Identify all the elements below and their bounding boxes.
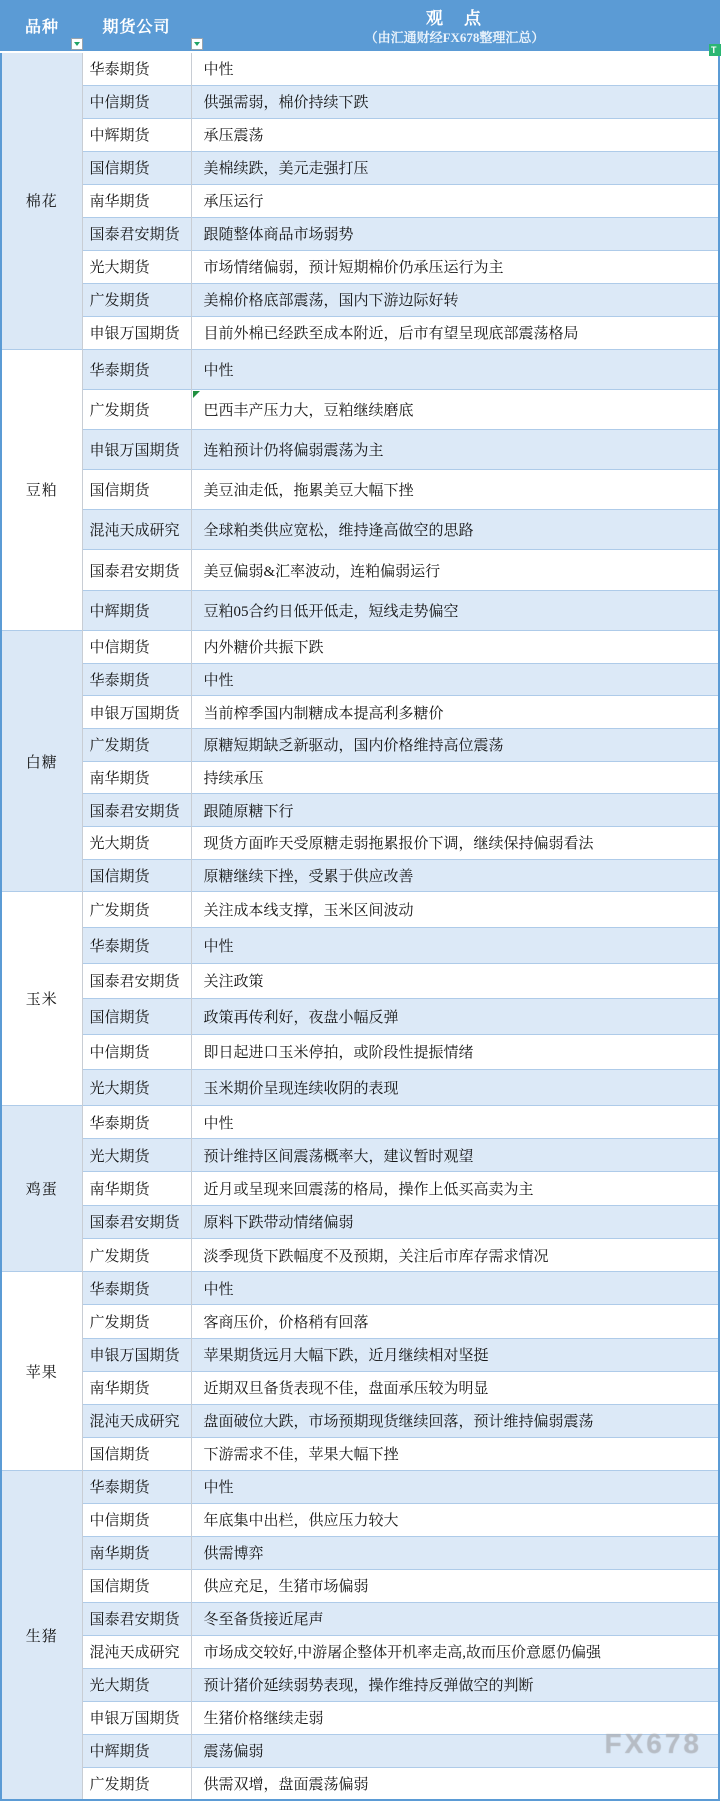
company-cell[interactable]: 中信期货 [82,1034,191,1070]
view-cell[interactable]: 中性 [191,1272,719,1305]
company-cell[interactable]: 南华期货 [82,1172,191,1205]
company-cell[interactable]: 国信期货 [82,1569,191,1602]
company-cell[interactable]: 南华期货 [82,184,191,217]
view-cell[interactable]: 供应充足，生猪市场偏弱 [191,1569,719,1602]
company-cell[interactable]: 华泰期货 [82,927,191,963]
view-cell[interactable]: 客商压价，价格稍有回落 [191,1305,719,1338]
table-row: 白糖中信期货内外糖价共振下跌 [1,630,719,663]
company-cell[interactable]: 华泰期货 [82,663,191,696]
table-row: 广发期货客商压价，价格稍有回落 [1,1305,719,1338]
company-cell[interactable]: 广发期货 [82,1305,191,1338]
view-cell[interactable]: 即日起进口玉米停拍，或阶段性提振情绪 [191,1034,719,1070]
view-cell[interactable]: 冬至备货接近尾声 [191,1602,719,1635]
watermark-fx678: FX678 [605,1728,703,1760]
company-cell[interactable]: 华泰期货 [82,349,191,389]
view-text: 美棉价格底部震荡，国内下游边际好转 [204,293,459,309]
view-cell[interactable]: 供需双增，盘面震荡偏弱 [191,1767,719,1800]
note-marker-icon [193,391,200,398]
view-cell[interactable]: 美豆偏弱&汇率波动，连粕偏弱运行 [191,550,719,590]
header-cell-view[interactable]: 观 点 （由汇通财经FX678整理汇总） [191,0,719,52]
table-row: 中信期货即日起进口玉米停拍，或阶段性提振情绪 [1,1034,719,1070]
company-cell[interactable]: 混沌天成研究 [82,510,191,550]
table-row: 南华期货承压运行 [1,184,719,217]
table-row: 国信期货美棉续跌，美元走强打压 [1,151,719,184]
header-variety-label: 品种 [25,19,59,36]
company-cell[interactable]: 光大期货 [82,250,191,283]
company-cell[interactable]: 申银万国期货 [82,1701,191,1734]
view-cell[interactable]: 淡季现货下跌幅度不及预期，关注后市库存需求情况 [191,1239,719,1272]
table-row: 国泰君安期货冬至备货接近尾声 [1,1602,719,1635]
view-text: 全球粕类供应宽松，维持逢高做空的思路 [204,523,474,539]
company-cell[interactable]: 申银万国期货 [82,696,191,729]
variety-cell[interactable]: 鸡蛋 [1,1105,82,1271]
view-text: 市场情绪偏弱，预计短期棉价仍承压运行为主 [204,260,504,276]
view-text: 预计猪价延续弱势表现，操作维持反弹做空的判断 [204,1678,534,1694]
view-text: 政策再传利好，夜盘小幅反弹 [204,1010,399,1026]
view-text: 中性 [204,939,234,955]
table-row: 国信期货下游需求不佳，苹果大幅下挫 [1,1437,719,1470]
company-cell[interactable]: 中辉期货 [82,590,191,630]
view-cell[interactable]: 原糖短期缺乏新驱动，国内价格维持高位震荡 [191,728,719,761]
view-text: 生猪价格继续走弱 [204,1711,324,1727]
view-cell[interactable]: 巴西丰产压力大，豆粕继续磨底 [191,389,719,429]
view-cell[interactable]: 承压震荡 [191,118,719,151]
company-cell[interactable]: 广发期货 [82,1767,191,1800]
table-row: 广发期货淡季现货下跌幅度不及预期，关注后市库存需求情况 [1,1239,719,1272]
table-row: 国泰君安期货关注政策 [1,963,719,999]
table-row: 广发期货巴西丰产压力大，豆粕继续磨底 [1,389,719,429]
table-row: 豆粕华泰期货中性 [1,349,719,389]
company-cell[interactable]: 华泰期货 [82,52,191,85]
table-row: 光大期货玉米期价呈现连续收阴的表现 [1,1070,719,1106]
company-cell[interactable]: 广发期货 [82,892,191,928]
company-cell[interactable]: 国信期货 [82,151,191,184]
company-cell[interactable]: 国泰君安期货 [82,550,191,590]
company-cell[interactable]: 南华期货 [82,761,191,794]
view-text: 中性 [204,363,234,379]
company-cell[interactable]: 国泰君安期货 [82,1205,191,1238]
company-cell[interactable]: 光大期货 [82,1668,191,1701]
filter-dropdown-icon [194,42,200,46]
company-cell[interactable]: 混沌天成研究 [82,1404,191,1437]
view-text: 中性 [204,673,234,689]
view-text: 原料下跌带动情绪偏弱 [204,1215,354,1231]
company-cell[interactable]: 华泰期货 [82,1470,191,1503]
view-text: 承压震荡 [204,128,264,144]
company-cell[interactable]: 南华期货 [82,1371,191,1404]
view-cell[interactable]: 美棉续跌，美元走强打压 [191,151,719,184]
table-row: 光大期货市场情绪偏弱，预计短期棉价仍承压运行为主 [1,250,719,283]
variety-cell[interactable]: 棉花 [1,52,82,349]
view-cell[interactable]: 全球粕类供应宽松，维持逢高做空的思路 [191,510,719,550]
table-row: 棉花华泰期货中性 [1,52,719,85]
view-text: 盘面破位大跌，市场预期现货继续回落，预计维持偏弱震荡 [204,1414,594,1430]
view-cell[interactable]: 政策再传利好，夜盘小幅反弹 [191,999,719,1035]
view-text: 中性 [204,62,234,78]
variety-cell[interactable]: 生猪 [1,1470,82,1800]
table-row: 鸡蛋华泰期货中性 [1,1105,719,1138]
view-cell[interactable]: 目前外棉已经跌至成本附近，后市有望呈现底部震荡格局 [191,316,719,349]
view-text: 客商压价，价格稍有回落 [204,1315,369,1331]
view-cell[interactable]: 供需博弈 [191,1536,719,1569]
view-cell[interactable]: 预计猪价延续弱势表现，操作维持反弹做空的判断 [191,1668,719,1701]
table-row: 华泰期货中性 [1,663,719,696]
table-row: 混沌天成研究盘面破位大跌，市场预期现货继续回落，预计维持偏弱震荡 [1,1404,719,1437]
view-cell[interactable]: 豆粕05合约日低开低走，短线走势偏空 [191,590,719,630]
view-text: 近月或呈现来回震荡的格局，操作上低买高卖为主 [204,1182,534,1198]
table-row: 申银万国期货当前榨季国内制糖成本提高利多糖价 [1,696,719,729]
filter-button-variety[interactable] [71,38,83,50]
view-cell[interactable]: 美棉价格底部震荡，国内下游边际好转 [191,283,719,316]
view-text: 供应充足，生猪市场偏弱 [204,1579,369,1595]
view-text: 承压运行 [204,194,264,210]
view-cell[interactable]: 关注成本线支撑，玉米区间波动 [191,892,719,928]
variety-cell[interactable]: 白糖 [1,630,82,892]
company-cell[interactable]: 国泰君安期货 [82,1602,191,1635]
view-text: 年底集中出栏，供应压力较大 [204,1513,399,1529]
view-text: 中性 [204,1282,234,1298]
table-row: 南华期货近期双旦备货表现不佳，盘面承压较为明显 [1,1371,719,1404]
view-text: 关注政策 [204,974,264,990]
header-view-label: 观 点 [191,5,718,29]
company-cell[interactable]: 南华期货 [82,1536,191,1569]
view-text: 内外糖价共振下跌 [204,640,324,656]
table-row: 光大期货现货方面昨天受原糖走弱拖累报价下调，继续保持偏弱看法 [1,826,719,859]
view-cell[interactable]: 市场情绪偏弱，预计短期棉价仍承压运行为主 [191,250,719,283]
company-cell[interactable]: 中信期货 [82,1503,191,1536]
company-cell[interactable]: 申银万国期货 [82,1338,191,1371]
company-cell[interactable]: 广发期货 [82,389,191,429]
table-row: 中辉期货承压震荡 [1,118,719,151]
variety-cell[interactable]: 玉米 [1,892,82,1106]
filter-button-company[interactable] [191,38,203,50]
view-cell[interactable]: 跟随原糖下行 [191,794,719,827]
view-text: 即日起进口玉米停拍，或阶段性提振情绪 [204,1045,474,1061]
company-cell[interactable]: 华泰期货 [82,1272,191,1305]
view-text: 原糖继续下挫，受累于供应改善 [204,869,414,885]
filter-badge-view[interactable]: T [709,44,721,56]
table-row: 国信期货供应充足，生猪市场偏弱 [1,1569,719,1602]
view-text: 供需双增，盘面震荡偏弱 [204,1777,369,1793]
table-row: 华泰期货中性 [1,927,719,963]
view-cell[interactable]: 市场成交较好,中游屠企整体开机率走高,故而压价意愿仍偏强 [191,1635,719,1668]
company-cell[interactable]: 广发期货 [82,283,191,316]
view-text: 下游需求不佳，苹果大幅下挫 [204,1447,399,1463]
view-cell[interactable]: 跟随整体商品市场弱势 [191,217,719,250]
view-cell[interactable]: 近期双旦备货表现不佳，盘面承压较为明显 [191,1371,719,1404]
table-row: 国信期货美豆油走低，拖累美豆大幅下挫 [1,470,719,510]
view-text: 供强需弱，棉价持续下跌 [204,95,369,111]
view-text: 预计维持区间震荡概率大，建议暂时观望 [204,1149,474,1165]
view-cell[interactable]: 盘面破位大跌，市场预期现货继续回落，预计维持偏弱震荡 [191,1404,719,1437]
table-row: 申银万国期货目前外棉已经跌至成本附近，后市有望呈现底部震荡格局 [1,316,719,349]
view-cell[interactable]: 中性 [191,349,719,389]
company-cell[interactable]: 申银万国期货 [82,429,191,469]
table-row: 光大期货预计猪价延续弱势表现，操作维持反弹做空的判断 [1,1668,719,1701]
company-cell[interactable]: 中辉期货 [82,118,191,151]
table-row: 混沌天成研究全球粕类供应宽松，维持逢高做空的思路 [1,510,719,550]
view-text: 持续承压 [204,771,264,787]
view-text: 原糖短期缺乏新驱动，国内价格维持高位震荡 [204,738,504,754]
header-company-label: 期货公司 [102,19,170,36]
view-text: 现货方面昨天受原糖走弱拖累报价下调，继续保持偏弱看法 [204,836,594,852]
table-row: 中信期货年底集中出栏，供应压力较大 [1,1503,719,1536]
company-cell[interactable]: 国信期货 [82,470,191,510]
view-text: 连粕预计仍将偏弱震荡为主 [204,443,384,459]
view-cell[interactable]: 中性 [191,1105,719,1138]
view-text: 淡季现货下跌幅度不及预期，关注后市库存需求情况 [204,1249,549,1265]
table-row: 广发期货供需双增，盘面震荡偏弱 [1,1767,719,1800]
view-cell[interactable]: 中性 [191,1470,719,1503]
table-row: 中信期货供强需弱，棉价持续下跌 [1,85,719,118]
table-row: 广发期货原糖短期缺乏新驱动，国内价格维持高位震荡 [1,728,719,761]
view-cell[interactable]: 中性 [191,663,719,696]
view-cell[interactable]: 预计维持区间震荡概率大，建议暂时观望 [191,1139,719,1172]
view-text: 豆粕05合约日低开低走，短线走势偏空 [204,604,459,620]
header-view-subtitle: （由汇通财经FX678整理汇总） [191,29,718,46]
table-row: 国信期货政策再传利好，夜盘小幅反弹 [1,999,719,1035]
view-text: 苹果期货远月大幅下跌，近月继续相对坚挺 [204,1348,489,1364]
filter-dropdown-icon [74,42,80,46]
table-row: 申银万国期货连粕预计仍将偏弱震荡为主 [1,429,719,469]
view-cell[interactable]: 玉米期价呈现连续收阴的表现 [191,1070,719,1106]
table-row: 国泰君安期货美豆偏弱&汇率波动，连粕偏弱运行 [1,550,719,590]
view-cell[interactable]: 承压运行 [191,184,719,217]
view-text: 目前外棉已经跌至成本附近，后市有望呈现底部震荡格局 [204,326,579,342]
view-text: 供需博弈 [204,1546,264,1562]
table-row: 申银万国期货苹果期货远月大幅下跌，近月继续相对坚挺 [1,1338,719,1371]
view-text: 关注成本线支撑，玉米区间波动 [204,903,414,919]
view-text: 美豆油走低，拖累美豆大幅下挫 [204,483,414,499]
view-cell[interactable]: 美豆油走低，拖累美豆大幅下挫 [191,470,719,510]
view-text: 巴西丰产压力大，豆粕继续磨底 [204,403,414,419]
view-cell[interactable]: 连粕预计仍将偏弱震荡为主 [191,429,719,469]
company-cell[interactable]: 国信期货 [82,859,191,892]
view-cell[interactable]: 年底集中出栏，供应压力较大 [191,1503,719,1536]
table-row: 国泰君安期货原料下跌带动情绪偏弱 [1,1205,719,1238]
view-cell[interactable]: 原料下跌带动情绪偏弱 [191,1205,719,1238]
table-row: 国泰君安期货跟随整体商品市场弱势 [1,217,719,250]
view-text: 美棉续跌，美元走强打压 [204,161,369,177]
company-cell[interactable]: 国信期货 [82,1437,191,1470]
view-cell[interactable]: 中性 [191,927,719,963]
variety-cell[interactable]: 苹果 [1,1272,82,1471]
view-cell[interactable]: 关注政策 [191,963,719,999]
company-cell[interactable]: 光大期货 [82,1070,191,1106]
view-cell[interactable]: 中性 [191,52,719,85]
company-cell[interactable]: 国泰君安期货 [82,794,191,827]
company-cell[interactable]: 混沌天成研究 [82,1635,191,1668]
spreadsheet-view: 品种 期货公司 观 点 （由汇通财经FX678整理汇总） 棉花华泰期货中性中信期… [0,0,721,1803]
table-row: 广发期货美棉价格底部震荡，国内下游边际好转 [1,283,719,316]
view-text: 当前榨季国内制糖成本提高利多糖价 [204,706,444,722]
view-cell[interactable]: 当前榨季国内制糖成本提高利多糖价 [191,696,719,729]
view-text: 跟随整体商品市场弱势 [204,227,354,243]
view-text: 冬至备货接近尾声 [204,1612,324,1628]
view-cell[interactable]: 内外糖价共振下跌 [191,630,719,663]
view-text: 中性 [204,1480,234,1496]
table-row: 南华期货近月或呈现来回震荡的格局，操作上低买高卖为主 [1,1172,719,1205]
table-row: 南华期货供需博弈 [1,1536,719,1569]
view-text: 跟随原糖下行 [204,804,294,820]
table-row: 苹果华泰期货中性 [1,1272,719,1305]
table-row: 南华期货持续承压 [1,761,719,794]
header-cell-company[interactable]: 期货公司 [82,0,191,52]
view-text: 震荡偏弱 [204,1744,264,1760]
table-row: 国泰君安期货跟随原糖下行 [1,794,719,827]
view-cell[interactable]: 持续承压 [191,761,719,794]
company-cell[interactable]: 国信期货 [82,999,191,1035]
view-cell[interactable]: 供强需弱，棉价持续下跌 [191,85,719,118]
futures-views-table: 品种 期货公司 观 点 （由汇通财经FX678整理汇总） 棉花华泰期货中性中信期… [0,0,720,1801]
view-text: 市场成交较好,中游屠企整体开机率走高,故而压价意愿仍偏强 [204,1645,602,1661]
header-cell-variety[interactable]: 品种 [1,0,82,52]
company-cell[interactable]: 华泰期货 [82,1105,191,1138]
view-cell[interactable]: 近月或呈现来回震荡的格局，操作上低买高卖为主 [191,1172,719,1205]
table-row: 光大期货预计维持区间震荡概率大，建议暂时观望 [1,1139,719,1172]
table-row: 国信期货原糖继续下挫，受累于供应改善 [1,859,719,892]
header-row: 品种 期货公司 观 点 （由汇通财经FX678整理汇总） [1,0,719,52]
view-cell[interactable]: 现货方面昨天受原糖走弱拖累报价下调，继续保持偏弱看法 [191,826,719,859]
view-text: 近期双旦备货表现不佳，盘面承压较为明显 [204,1381,489,1397]
company-cell[interactable]: 光大期货 [82,826,191,859]
table-row: 混沌天成研究市场成交较好,中游屠企整体开机率走高,故而压价意愿仍偏强 [1,1635,719,1668]
company-cell[interactable]: 国泰君安期货 [82,217,191,250]
variety-cell[interactable]: 豆粕 [1,349,82,630]
view-text: 美豆偏弱&汇率波动，连粕偏弱运行 [204,564,441,580]
view-text: 玉米期价呈现连续收阴的表现 [204,1081,399,1097]
table-row: 玉米广发期货关注成本线支撑，玉米区间波动 [1,892,719,928]
view-text: 中性 [204,1116,234,1132]
table-row: 生猪华泰期货中性 [1,1470,719,1503]
company-cell[interactable]: 光大期货 [82,1139,191,1172]
company-cell[interactable]: 国泰君安期货 [82,963,191,999]
company-cell[interactable]: 申银万国期货 [82,316,191,349]
view-cell[interactable]: 苹果期货远月大幅下跌，近月继续相对坚挺 [191,1338,719,1371]
view-cell[interactable]: 原糖继续下挫，受累于供应改善 [191,859,719,892]
table-row: 中辉期货豆粕05合约日低开低走，短线走势偏空 [1,590,719,630]
company-cell[interactable]: 广发期货 [82,1239,191,1272]
view-cell[interactable]: 下游需求不佳，苹果大幅下挫 [191,1437,719,1470]
company-cell[interactable]: 中辉期货 [82,1734,191,1767]
company-cell[interactable]: 中信期货 [82,85,191,118]
company-cell[interactable]: 广发期货 [82,728,191,761]
company-cell[interactable]: 中信期货 [82,630,191,663]
